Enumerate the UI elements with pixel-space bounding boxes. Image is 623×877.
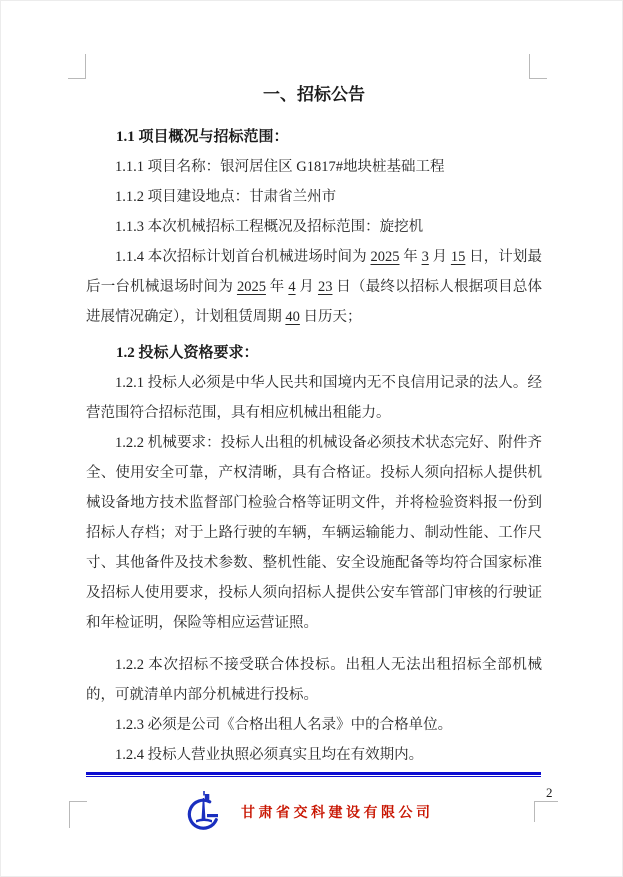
footer-rule-thin-line	[86, 776, 541, 777]
paragraph-1-2-4: 1.2.4 投标人营业执照必须真实且均在有效期内。	[86, 740, 542, 770]
paragraph-1-2-2-machinery: 1.2.2 机械要求：投标人出租的机械设备必须技术状态完好、附件齐全、使用安全可…	[86, 428, 542, 638]
document-title: 一、招标公告	[86, 84, 542, 106]
paragraph-1-1-2: 1.1.2 项目建设地点：甘肃省兰州市	[86, 182, 542, 212]
paragraph-1-1-4: 1.1.4 本次招标计划首台机械进场时间为 2025 年 3 月 15 日，计划…	[86, 242, 542, 332]
company-name: 甘肃省交科建设有限公司	[241, 802, 434, 822]
section-heading-1-1: 1.1 项目概况与招标范围：	[86, 122, 542, 152]
margin-crop-mark-bottom-left	[69, 801, 87, 828]
section-heading-1-2: 1.2 投标人资格要求：	[86, 338, 542, 368]
footer-rule-thick-line	[86, 772, 541, 775]
footer-double-rule	[86, 772, 541, 777]
company-logo-icon	[187, 790, 221, 832]
margin-crop-mark-top-right	[529, 54, 547, 79]
paragraph-1-1-3: 1.1.3 本次机械招标工程概况及招标范围：旋挖机	[86, 212, 542, 242]
margin-crop-mark-bottom-right	[534, 801, 558, 822]
paragraph-1-2-2-consortium: 1.2.2 本次招标不接受联合体投标。出租人无法出租招标全部机械的，可就清单内部…	[86, 650, 542, 710]
page-number: 2	[546, 785, 553, 801]
margin-crop-mark-top-left	[68, 54, 86, 79]
paragraph-1-2-3: 1.2.3 必须是公司《合格出租人名录》中的合格单位。	[86, 710, 542, 740]
paragraph-1-2-1: 1.2.1 投标人必须是中华人民共和国境内无不良信用记录的法人。经营范围符合招标…	[86, 368, 542, 428]
paragraph-1-1-1: 1.1.1 项目名称：银河居住区 G1817#地块桩基础工程	[86, 152, 542, 182]
document-page: 一、招标公告 1.1 项目概况与招标范围： 1.1.1 项目名称：银河居住区 G…	[0, 0, 623, 877]
document-content: 一、招标公告 1.1 项目概况与招标范围： 1.1.1 项目名称：银河居住区 G…	[86, 84, 542, 770]
